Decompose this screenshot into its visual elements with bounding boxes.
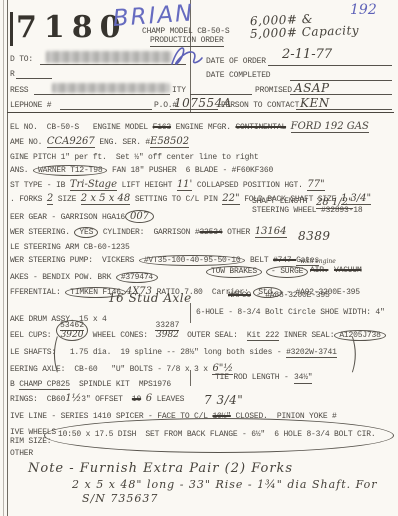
typed-text: #747- xyxy=(273,256,296,265)
po-blank xyxy=(170,108,218,110)
contact-label: PERSON TO CONTACT xyxy=(221,101,299,111)
typed-text: VACUUM xyxy=(334,266,362,276)
typed-text: INNER SEAL: xyxy=(279,331,334,340)
typed-text: SIZE xyxy=(53,195,81,204)
date-completed-label: DATE COMPLETED xyxy=(206,71,270,81)
typed-text: OUTER SEAL: xyxy=(182,331,246,340)
sold-to-blank xyxy=(40,63,186,65)
city-label: ITY xyxy=(172,86,186,96)
typed-text: OTHER xyxy=(10,449,33,458)
handwritten-annotation: 7 3/4" xyxy=(204,393,243,407)
form-row: WER STEERING PUMP: VICKERS #VT35-100-40-… xyxy=(0,249,396,267)
typed-text: WER STEERING PUMP: VICKERS xyxy=(10,256,139,265)
contact-blank xyxy=(296,108,392,110)
typed-text: 1.75 dia. 19 spline -- 28½" long both si… xyxy=(65,348,286,357)
address-blank xyxy=(34,93,170,95)
typed-text: FFERENTIAL: xyxy=(10,288,65,297)
note-line: Note - Furnish Extra Pair (2) Forks xyxy=(28,461,293,476)
typed-text: WHEEL CONES: xyxy=(88,331,152,340)
typed-text: #3202W-3741 xyxy=(286,348,337,358)
signature-scribble xyxy=(168,42,204,68)
typed-text: STEERING WHEEL #32893-18 xyxy=(252,206,362,216)
hand-paren-open: ( xyxy=(52,334,61,374)
typed-text: 534623920 xyxy=(56,320,88,341)
scanned-production-order: 7180 BRIAN 192 CHAMP MODEL CB-50-S PRODU… xyxy=(0,0,398,516)
capacity-note-line2: 5,000# Capacity xyxy=(250,23,359,41)
typed-text: . FORKS xyxy=(10,195,47,204)
typed-text: NAPCO xyxy=(228,291,251,301)
redacted-address xyxy=(52,83,170,93)
sold-to-line2-blank xyxy=(16,77,52,79)
typed-text: #VT35-100-40-95-50-10 xyxy=(139,255,246,266)
typed-text: 34½" xyxy=(294,373,312,384)
section-divider xyxy=(7,112,394,113)
typed-text: LEAVES xyxy=(152,395,184,404)
date-of-order-blank xyxy=(268,64,392,66)
date-of-order-value: 2-11-77 xyxy=(282,47,332,62)
promised-blank xyxy=(290,93,392,95)
typed-text: 332873982 xyxy=(152,321,182,340)
typed-text: - #A88-3200E-395 xyxy=(256,291,330,301)
redacted-customer-name xyxy=(46,51,172,63)
typed-text: TIE ROD LENGTH - xyxy=(215,373,293,383)
hand-paren-close: ) xyxy=(350,334,359,374)
rim-size-circle xyxy=(44,418,394,453)
typed-text: Kit 222 xyxy=(247,331,279,341)
page-number: 192 xyxy=(350,2,377,18)
telephone-label: LEPHONE # xyxy=(10,101,51,111)
date-of-order-label: DATE OF ORDER xyxy=(206,57,266,67)
handwritten-text: 1½ xyxy=(65,393,81,404)
city-blank xyxy=(190,93,252,95)
handwritten-annotation: 16 Stud Axle xyxy=(108,291,192,305)
typed-text: 10 xyxy=(132,395,141,404)
promised-label: PROMISED xyxy=(255,86,292,96)
typed-text: A1205J738 xyxy=(334,330,385,341)
note-line: S/N 735637 xyxy=(82,492,158,505)
sold-to-line2: R xyxy=(10,70,15,80)
handwritten-text: 22" xyxy=(222,193,239,205)
stamp-edge-mark xyxy=(10,12,13,46)
sold-to-label: D TO: xyxy=(10,55,33,65)
typed-text: 6-HOLE - 8-3/4 Bolt Circle SHOE WIDTH: 4… xyxy=(196,308,385,318)
telephone-blank xyxy=(60,108,152,110)
typed-text: RINGS: CB60 xyxy=(10,395,65,404)
typed-text: BELT xyxy=(245,256,273,265)
typed-text: SETTING TO C/L PIN xyxy=(130,195,222,204)
form-row: RINGS: CB601½3" OFFSET 10 6 LEAVES xyxy=(0,388,396,406)
typed-text: TOW BRAKES xyxy=(206,266,262,278)
typed-text: 3" OFFSET xyxy=(81,395,132,404)
order-number-stamp: 7180 xyxy=(16,10,128,45)
handwritten-text: 2 x 5 x 48 xyxy=(81,193,130,205)
typed-text: AIR. xyxy=(310,266,328,276)
form-row: FFERENTIAL: TIMKEN F1464X73 RATIO 7.80 C… xyxy=(0,281,396,299)
handwritten-annotation: 8389 xyxy=(298,229,331,243)
handwritten-annotation: with engine xyxy=(300,258,336,265)
note-line: 2 x 5 x 48" long - 33" Rise - 1¾" dia Sh… xyxy=(72,478,378,491)
typed-text: - SURGE xyxy=(266,266,308,278)
address-label: RESS xyxy=(10,86,28,96)
typed-text: EEL CUPS: xyxy=(10,331,56,340)
